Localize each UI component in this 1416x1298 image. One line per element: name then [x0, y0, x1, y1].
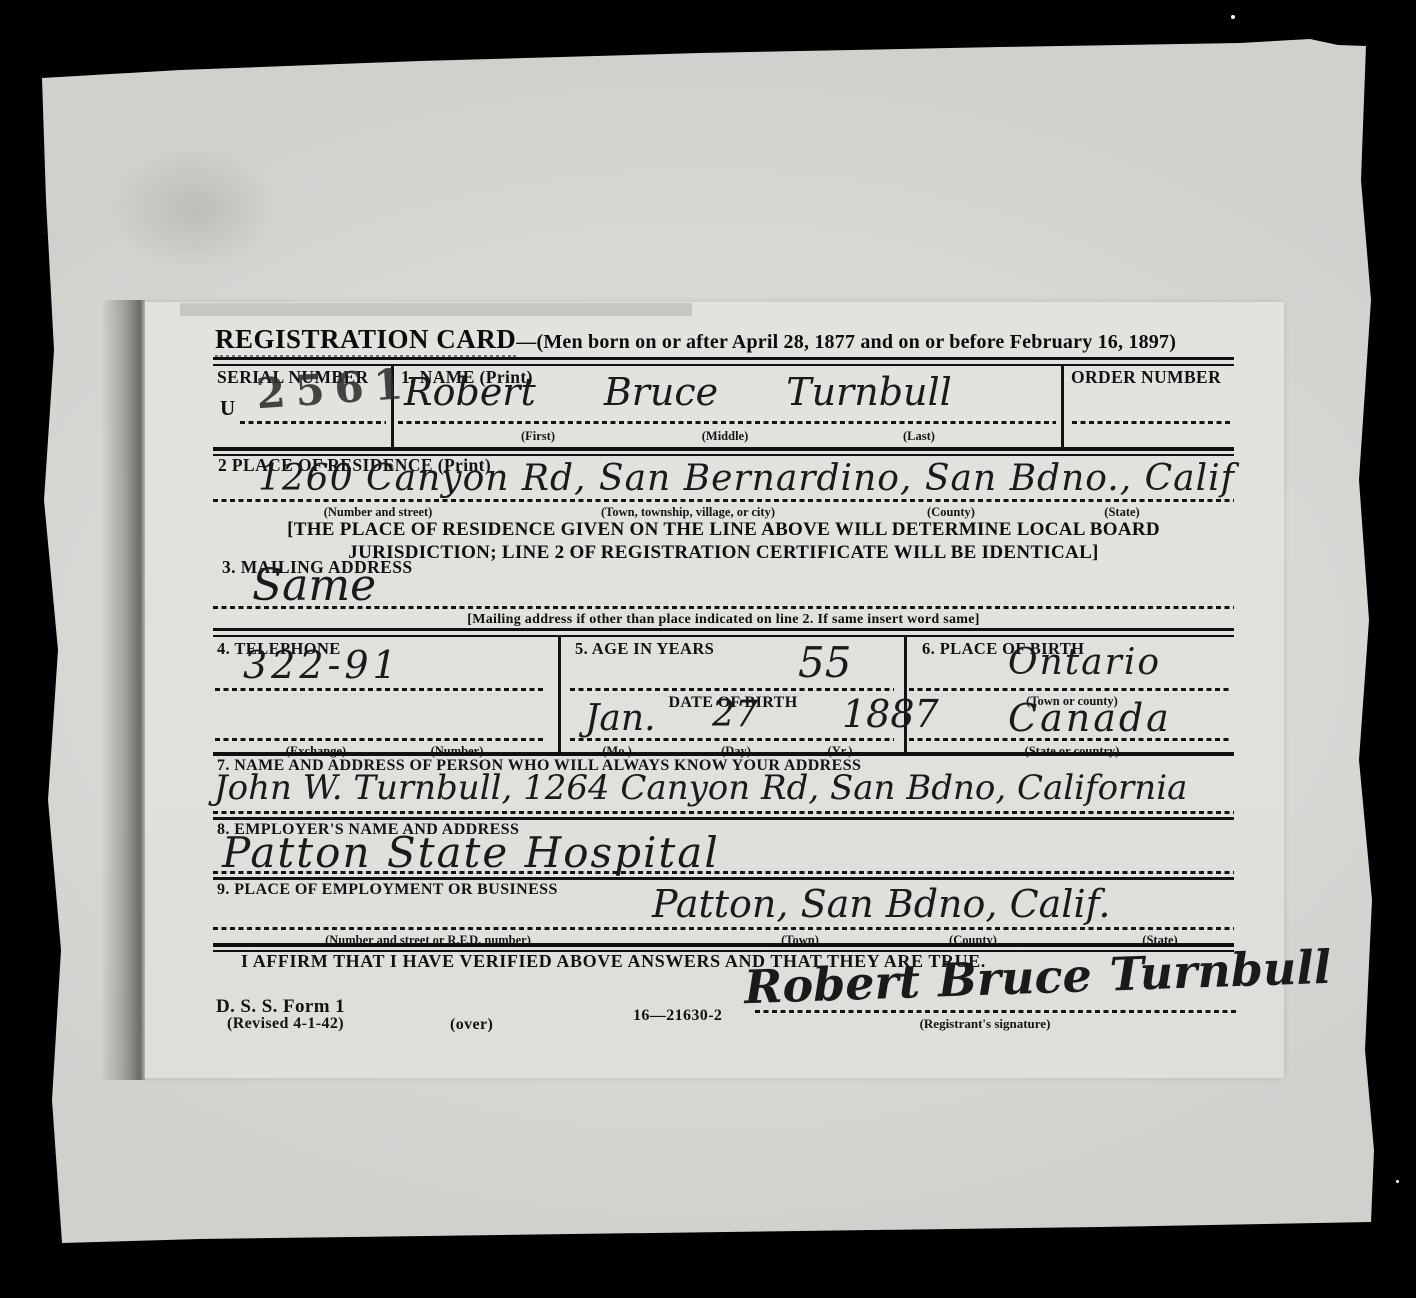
telephone-write-line2: [215, 738, 545, 741]
employment-label: 9. PLACE OF EMPLOYMENT OR BUSINESS: [217, 881, 558, 899]
name-sub-first: (First): [521, 429, 555, 444]
birthplace-write-line: [909, 688, 1232, 691]
over-note: (over): [450, 1016, 493, 1034]
dust-speck: [1231, 15, 1235, 19]
employment-write-line: [213, 927, 1234, 930]
dob-write-line: [570, 738, 894, 741]
birthplace-write-line2: [909, 738, 1232, 741]
signature-sub-label: (Registrant's signature): [920, 1016, 1051, 1032]
employment-value: Patton, San Bdno, Calif.: [652, 882, 1110, 926]
order-write-line: [1072, 421, 1232, 424]
residence-value: 1260 Canyon Rd, San Bernardino, San Bdno…: [258, 458, 1235, 499]
dob-month-value: Jan.: [585, 698, 656, 739]
mailing-write-line: [213, 606, 1234, 609]
card-title-main: REGISTRATION CARD: [215, 324, 516, 358]
form-revision: (Revised 4-1-42): [227, 1015, 344, 1033]
contact-value: John W. Turnbull, 1264 Canyon Rd, San Bd…: [214, 768, 1187, 808]
age-value: 55: [798, 638, 851, 687]
age-write-line: [570, 688, 894, 691]
scanned-registration-card: REGISTRATION CARD—(Men born on or after …: [0, 0, 1416, 1298]
section-divider: [213, 628, 1234, 637]
column-divider: [1061, 364, 1064, 450]
section-divider: [213, 817, 1234, 820]
employer-value: Patton State Hospital: [222, 828, 720, 877]
employer-write-line: [213, 871, 1234, 874]
signature-write-line: [755, 1010, 1237, 1013]
birthplace-town-value: Ontario: [1008, 642, 1161, 683]
serial-prefix: U: [220, 396, 236, 421]
print-code: 16—21630-2: [633, 1007, 722, 1025]
card-edge-shadow: [101, 300, 145, 1080]
telephone-value: 322-91: [243, 643, 401, 687]
residence-sub-number-street: (Number and street): [324, 505, 433, 520]
order-number-label: ORDER NUMBER: [1071, 367, 1221, 388]
column-divider: [558, 636, 561, 753]
card-title: REGISTRATION CARD—(Men born on or after …: [215, 324, 1176, 355]
telephone-write-line: [215, 688, 545, 691]
serial-write-line: [240, 421, 386, 424]
dust-speck: [1396, 1180, 1399, 1183]
name-write-line: [398, 421, 1056, 424]
name-sub-last: (Last): [903, 429, 935, 444]
contact-write-line: [213, 811, 1234, 814]
name-value: Robert Bruce Turnbull: [404, 370, 952, 414]
residence-write-line: [213, 499, 1234, 502]
section-divider: [213, 877, 1234, 880]
dob-day-value: 27: [712, 694, 758, 735]
mailing-note: [Mailing address if other than place ind…: [213, 612, 1234, 629]
residence-sub-county: (County): [927, 505, 975, 520]
local-board-note-line1: [THE PLACE OF RESIDENCE GIVEN ON THE LIN…: [213, 519, 1234, 542]
residence-sub-town: (Town, township, village, or city): [601, 505, 775, 520]
dob-year-value: 1887: [842, 692, 939, 736]
birthplace-country-value: Canada: [1008, 696, 1172, 740]
age-label: 5. AGE IN YEARS: [575, 639, 714, 659]
residence-sub-state: (State): [1104, 505, 1139, 520]
section-divider: [213, 752, 1234, 756]
card-title-eligibility-note: —(Men born on or after April 28, 1877 an…: [516, 331, 1176, 353]
scan-artifact-band: [180, 303, 692, 316]
name-sub-middle: (Middle): [702, 429, 749, 444]
mailing-address-value: Same: [252, 560, 376, 611]
